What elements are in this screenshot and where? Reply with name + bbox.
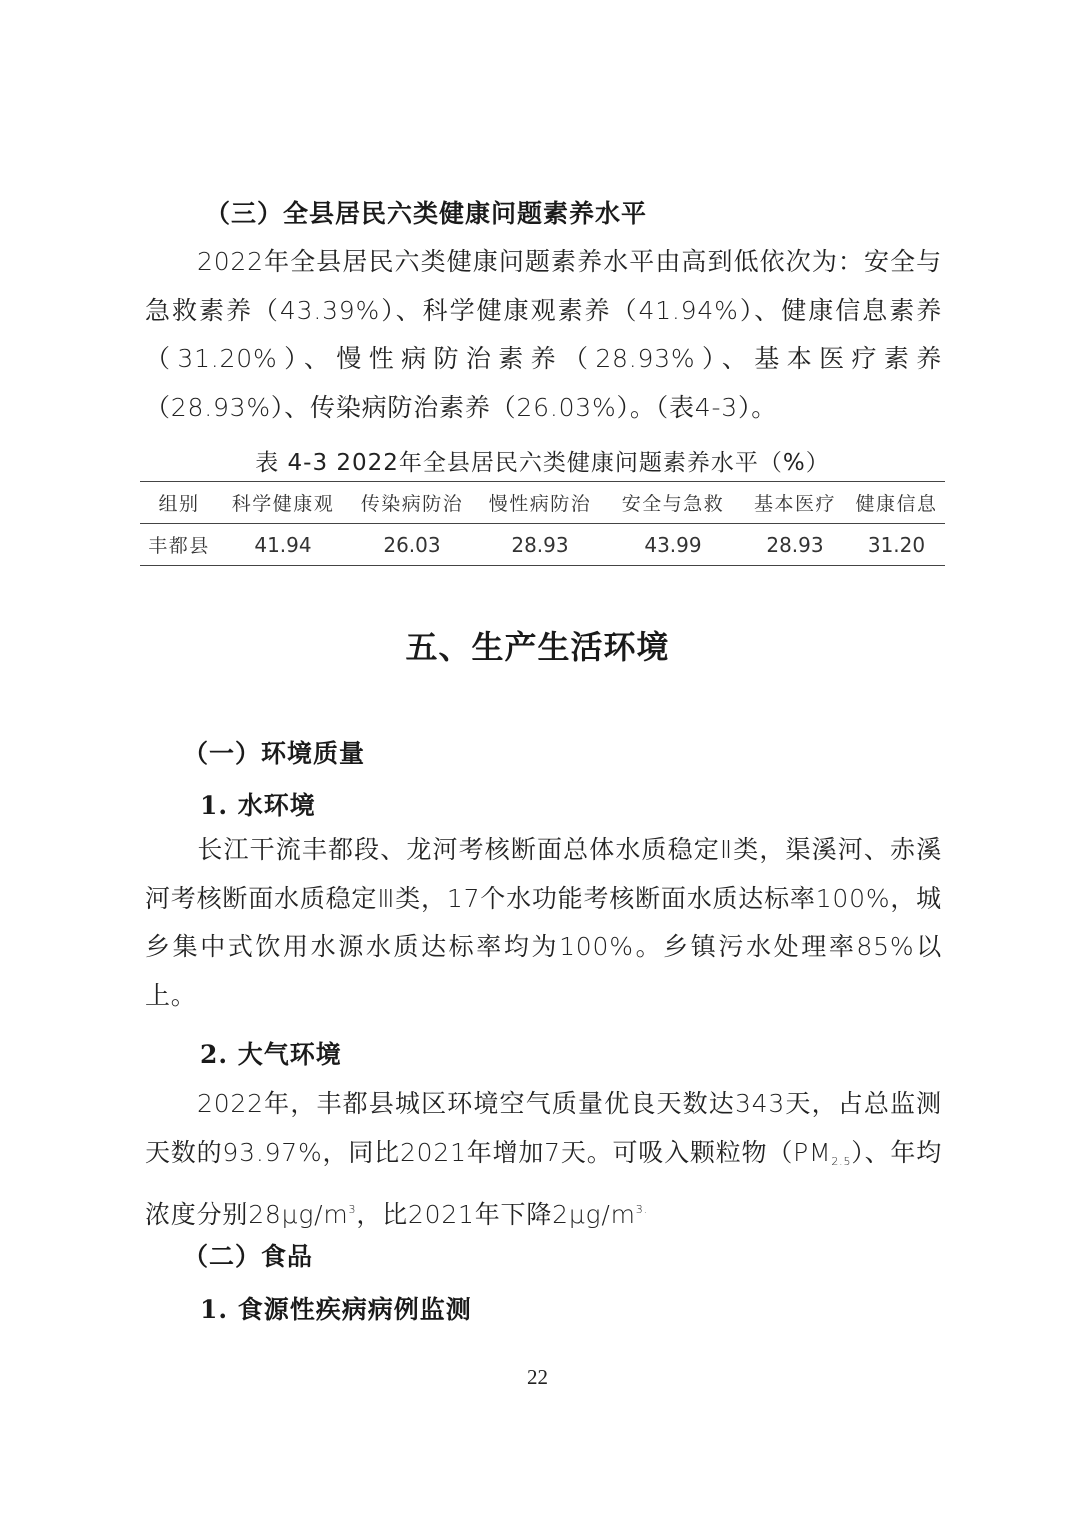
section-heading-food: （二）食品 xyxy=(183,1237,313,1273)
header-health-info: 健康信息 xyxy=(848,482,945,524)
cell-health-info: 31.20 xyxy=(848,524,945,566)
cell-infectious-disease: 26.03 xyxy=(348,524,476,566)
table-caption: 表 4-3 2022年全县居民六类健康问题素养水平（%） xyxy=(140,444,945,477)
header-chronic-disease: 慢性病防治 xyxy=(476,482,604,524)
header-group: 组别 xyxy=(140,482,218,524)
section-heading-health-literacy: （三）全县居民六类健康问题素养水平 xyxy=(205,194,647,230)
header-science-health: 科学健康观 xyxy=(218,482,348,524)
subheading-foodborne-disease: 1. 食源性疾病病例监测 xyxy=(200,1290,472,1326)
header-safety-first-aid: 安全与急救 xyxy=(604,482,742,524)
unit-superscript-2: 3. xyxy=(636,1203,648,1216)
header-infectious-disease: 传染病防治 xyxy=(348,482,476,524)
water-paragraph: 长江干流丰都段、龙河考核断面总体水质稳定Ⅱ类，渠溪河、赤溪河考核断面水质稳定Ⅲ类… xyxy=(145,826,942,1020)
table-header-row: 组别 科学健康观 传染病防治 慢性病防治 安全与急救 基本医疗 健康信息 xyxy=(140,482,945,524)
cell-safety-first-aid: 43.99 xyxy=(604,524,742,566)
cell-science-health: 41.94 xyxy=(218,524,348,566)
header-basic-medical: 基本医疗 xyxy=(742,482,848,524)
subheading-water: 1. 水环境 xyxy=(200,786,316,822)
air-text-3: ，比2021年下降2μg/m xyxy=(356,1200,635,1229)
chapter-title: 五、生产生活环境 xyxy=(0,622,1075,668)
air-paragraph: 2022年，丰都县城区环境空气质量优良天数达343天，占总监测天数的93.97%… xyxy=(145,1080,942,1240)
health-literacy-text: 2022年全县居民六类健康问题素养水平由高到低依次为：安全与急救素养（43.39… xyxy=(145,247,942,422)
pm-subscript: 2.5 xyxy=(831,1155,851,1168)
health-literacy-table: 组别 科学健康观 传染病防治 慢性病防治 安全与急救 基本医疗 健康信息 丰都县… xyxy=(140,481,945,566)
table-row: 丰都县 41.94 26.03 28.93 43.99 28.93 31.20 xyxy=(140,524,945,566)
section-heading-env-quality: （一）环境质量 xyxy=(183,734,365,770)
document-page: （三）全县居民六类健康问题素养水平 2022年全县居民六类健康问题素养水平由高到… xyxy=(0,0,1075,1520)
air-text-1: 2022年，丰都县城区环境空气质量优良天数达343天，占总监测天数的93.97%… xyxy=(145,1089,942,1167)
water-text: 长江干流丰都段、龙河考核断面总体水质稳定Ⅱ类，渠溪河、赤溪河考核断面水质稳定Ⅲ类… xyxy=(145,835,942,1010)
health-literacy-paragraph: 2022年全县居民六类健康问题素养水平由高到低依次为：安全与急救素养（43.39… xyxy=(145,238,942,432)
cell-group: 丰都县 xyxy=(140,524,218,566)
subheading-air: 2. 大气环境 xyxy=(200,1035,342,1071)
page-number: 22 xyxy=(0,1365,1075,1390)
cell-basic-medical: 28.93 xyxy=(742,524,848,566)
cell-chronic-disease: 28.93 xyxy=(476,524,604,566)
